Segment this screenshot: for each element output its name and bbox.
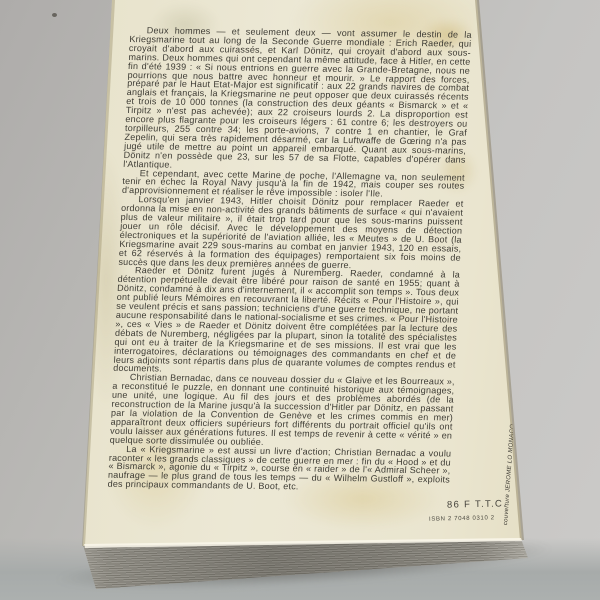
background-speck [52, 13, 57, 17]
price-label: 86 F T.T.C. [447, 498, 507, 510]
back-cover-paragraph: Christian Bernadac, dans ce nouveau doss… [110, 373, 455, 449]
photo-background: Deux hommes — et seulement deux — vont a… [0, 0, 600, 600]
back-cover-text-block: Deux hommes — et seulement deux — vont a… [107, 26, 472, 494]
book-back-cover: Deux hommes — et seulement deux — vont a… [0, 0, 600, 600]
back-cover-paragraph: Lorsqu'en janvier 1943, Hitler choisit D… [118, 195, 463, 271]
back-cover-paragraph: Deux hommes — et seulement deux — vont a… [123, 26, 472, 173]
isbn-label: ISBN 2 7048 0310 2 [429, 515, 495, 522]
back-cover-paragraph: La « Kriegsmarine » est aussi un livre d… [107, 444, 451, 493]
back-cover-paragraph: Raeder et Dönitz furent jugés à Nurember… [113, 266, 460, 378]
